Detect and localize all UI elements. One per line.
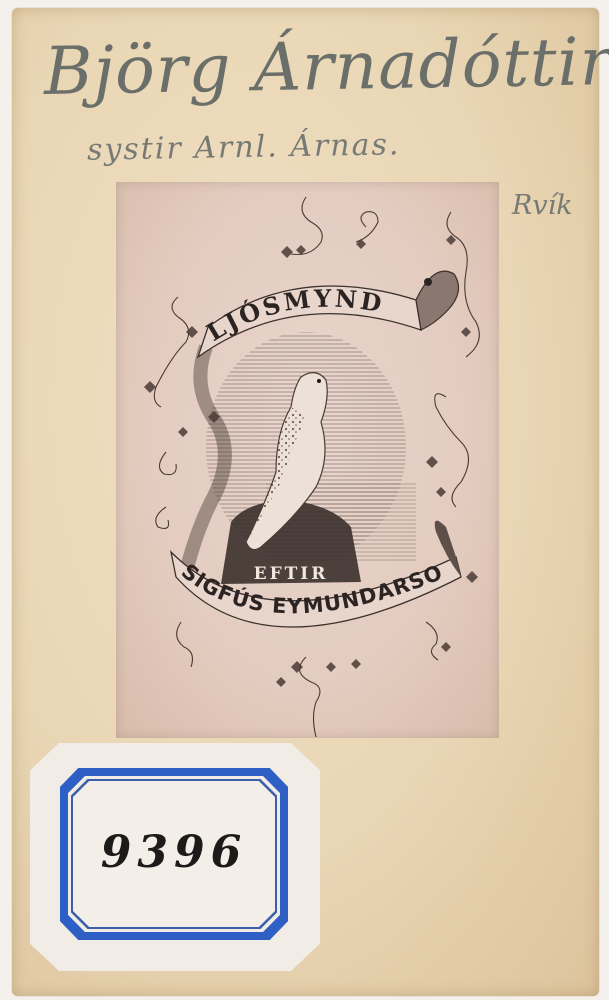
- handwritten-relation: systir Arnl. Árnas.: [87, 127, 401, 167]
- handwritten-place: Rvík: [512, 190, 573, 221]
- photographer-imprint: LJÓSMYND EFTIR SIGFÚS EYMUNDARSON.: [116, 182, 499, 738]
- catalog-label: 9396: [30, 743, 320, 971]
- catalog-number: 9396: [30, 827, 318, 878]
- eftir-text: EFTIR: [254, 564, 329, 584]
- handwritten-name: Björg Árnadóttir: [43, 23, 609, 110]
- imprint-illustration: LJÓSMYND EFTIR SIGFÚS EYMUNDARSON.: [116, 182, 499, 738]
